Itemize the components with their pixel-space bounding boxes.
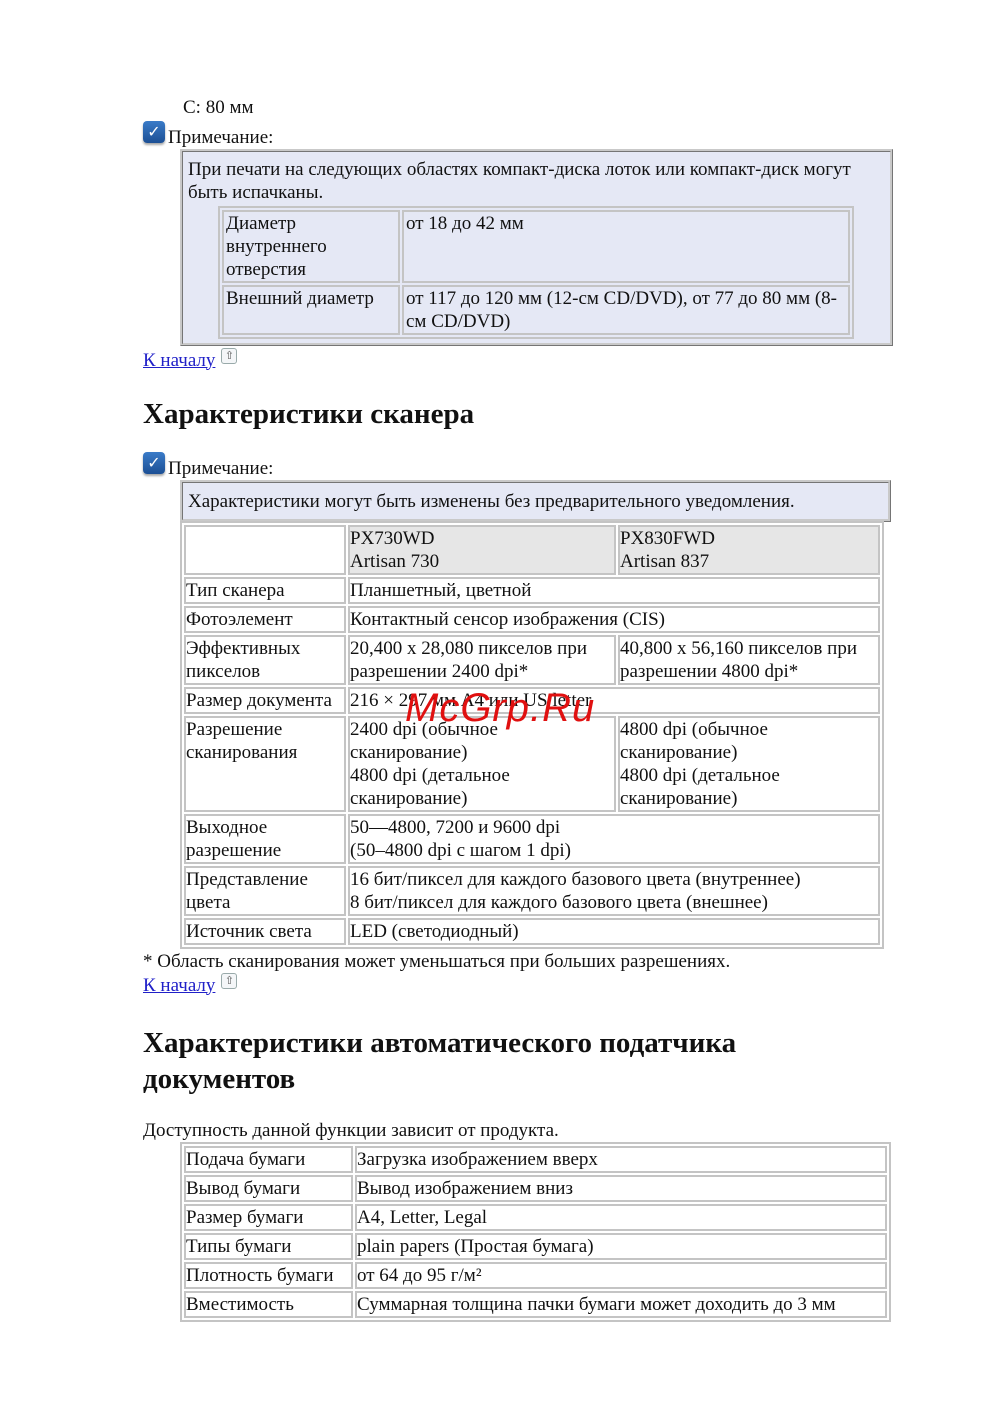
check-note-icon: ✓ [143, 452, 165, 474]
note-label-1: ✓ Примечание: [143, 123, 893, 149]
model-header: PX730WD Artisan 730 [348, 525, 616, 575]
table-row: Эффективных пикселов20,400 x 28,080 пикс… [184, 635, 880, 685]
table-row: Плотность бумагиот 64 до 95 г/м² [184, 1262, 887, 1289]
note-label-2: ✓ Примечание: [143, 454, 893, 480]
table-header-row: PX730WD Artisan 730 PX830FWD Artisan 837 [184, 525, 880, 575]
adf-section-title: Характеристики автоматического податчика… [143, 1025, 823, 1097]
scanner-note-box: Характеристики могут быть изменены без п… [180, 480, 891, 522]
table-row: Разрешение сканирования2400 dpi (обычное… [184, 716, 880, 812]
arrow-up-icon[interactable]: ⇧ [221, 348, 237, 364]
cd-area-table: Диаметр внутреннего отверстия от 18 до 4… [218, 206, 854, 339]
cd-note-text: При печати на следующих областях компакт… [188, 158, 885, 204]
adf-intro: Доступность данной функции зависит от пр… [143, 1119, 893, 1142]
check-note-icon: ✓ [143, 121, 165, 143]
table-row: Размер бумагиA4, Letter, Legal [184, 1204, 887, 1231]
top-fragment: С: 80 мм [143, 96, 893, 119]
scanner-spec: Характеристики могут быть изменены без п… [180, 480, 893, 949]
table-row: Тип сканераПланшетный, цветной [184, 577, 880, 604]
table-row: Подача бумагиЗагрузка изображением вверх [184, 1146, 887, 1173]
back-to-top-link-1[interactable]: К началу ⇧ [143, 348, 893, 372]
scanner-section-title: Характеристики сканера [143, 396, 893, 432]
table-row: Представление цвета16 бит/пиксел для каж… [184, 866, 880, 916]
table-row: Вывод бумагиВывод изображением вниз [184, 1175, 887, 1202]
adf-spec-table: Подача бумагиЗагрузка изображением вверх… [180, 1142, 891, 1322]
table-row: Источник светаLED (светодиодный) [184, 918, 880, 945]
model-header: PX830FWD Artisan 837 [618, 525, 880, 575]
table-row: Размер документа216 × 297 мм A4 или US l… [184, 687, 880, 714]
table-row: Диаметр внутреннего отверстия от 18 до 4… [222, 210, 850, 283]
scanner-spec-table: PX730WD Artisan 730 PX830FWD Artisan 837… [180, 521, 884, 949]
arrow-up-icon[interactable]: ⇧ [221, 973, 237, 989]
back-to-top-link-2[interactable]: К началу ⇧ [143, 973, 893, 997]
document-page: С: 80 мм ✓ Примечание: При печати на сле… [143, 96, 893, 1322]
table-row: Типы бумагиplain papers (Простая бумага) [184, 1233, 887, 1260]
table-row: Внешний диаметр от 117 до 120 мм (12-см … [222, 285, 850, 335]
table-row: ВместимостьСуммарная толщина пачки бумаг… [184, 1291, 887, 1318]
scanner-footnote: * Область сканирования может уменьшаться… [143, 950, 893, 973]
table-row: ФотоэлементКонтактный сенсор изображения… [184, 606, 880, 633]
table-row: Выходное разрешение50—4800, 7200 и 9600 … [184, 814, 880, 864]
cd-note-box: При печати на следующих областях компакт… [180, 149, 893, 346]
